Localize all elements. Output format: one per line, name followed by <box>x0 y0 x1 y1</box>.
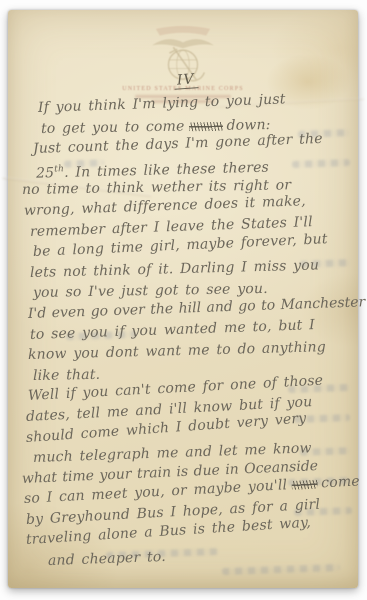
page-number: IV <box>173 71 198 90</box>
scribbled-out-word <box>291 480 317 490</box>
letter-body: If you think I'm lying to you just to ge… <box>22 98 348 572</box>
letter-page: UNITED STATES MARINE CORPS IV If you thi… <box>8 10 358 588</box>
photo-background: UNITED STATES MARINE CORPS IV If you thi… <box>0 0 367 600</box>
scribbled-out-word <box>188 121 222 131</box>
